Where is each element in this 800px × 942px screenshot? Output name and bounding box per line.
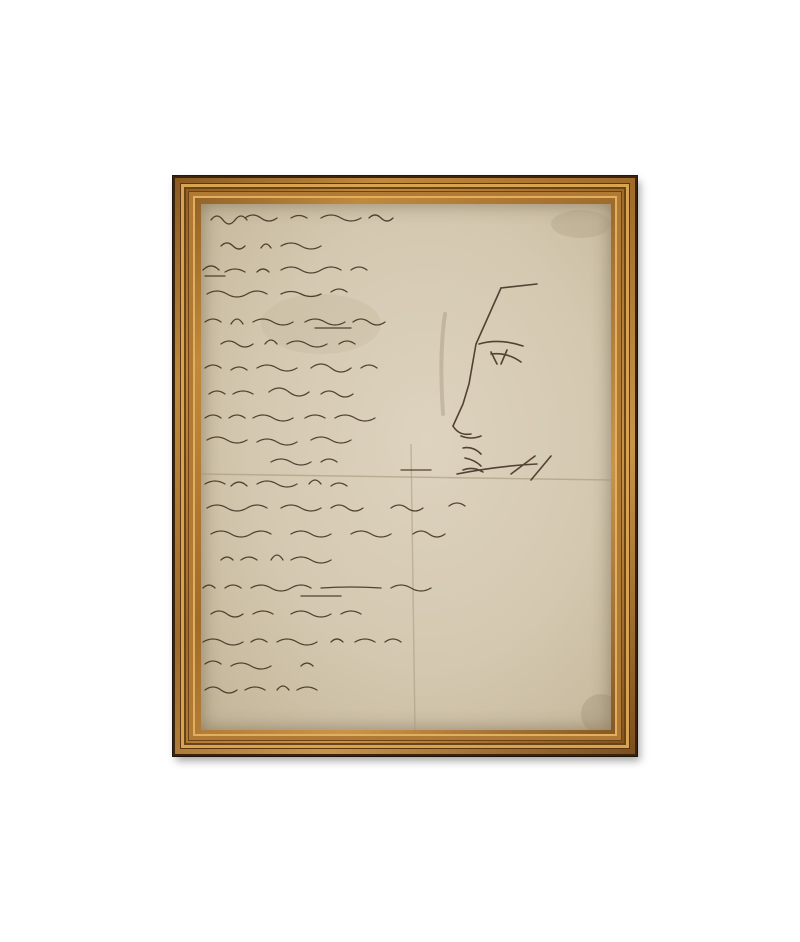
manuscript-paper	[201, 204, 611, 730]
handwriting	[203, 215, 465, 693]
picture-frame	[173, 176, 637, 756]
manuscript-artwork	[201, 204, 611, 730]
face-sketch	[441, 284, 551, 480]
